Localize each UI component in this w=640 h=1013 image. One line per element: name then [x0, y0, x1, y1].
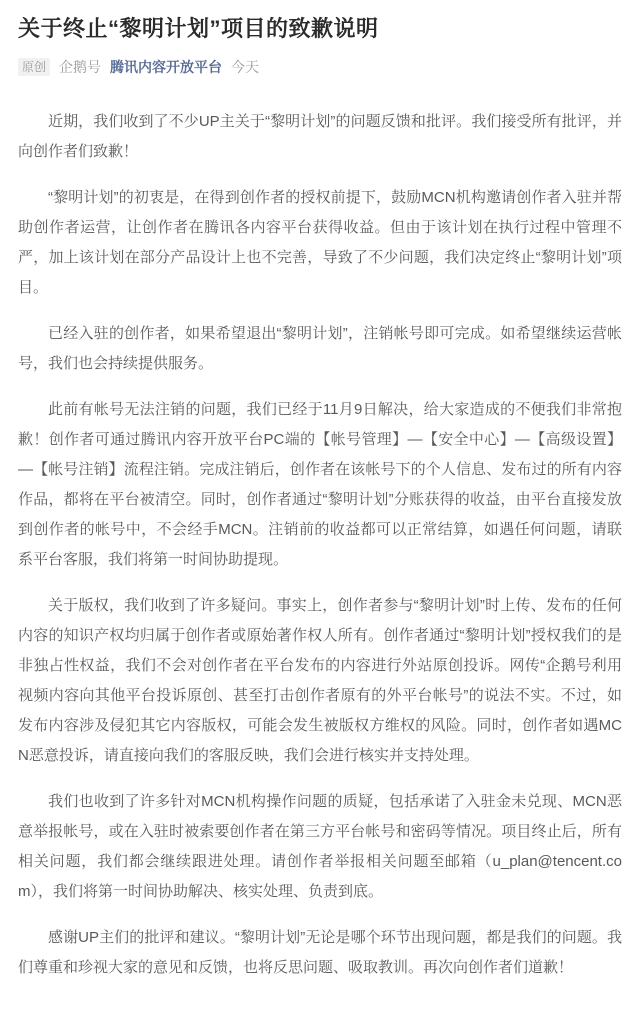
article-paragraph: “黎明计划”的初衷是，在得到创作者的授权前提下，鼓励MCN机构邀请创作者入驻并帮… — [18, 183, 622, 303]
article-page: 关于终止“黎明计划”项目的致歉说明 原创 企鹅号 腾讯内容开放平台 今天 近期，… — [0, 0, 640, 1013]
article-paragraph: 近期，我们收到了不少UP主关于“黎明计划”的问题反馈和批评。我们接受所有批评，并… — [18, 107, 622, 167]
publish-date: 今天 — [231, 57, 259, 77]
original-badge: 原创 — [18, 58, 50, 76]
account-name-link[interactable]: 腾讯内容开放平台 — [110, 57, 222, 77]
account-type-label: 企鹅号 — [59, 57, 101, 77]
article-paragraph: 此前有帐号无法注销的问题，我们已经于11月9日解决，给大家造成的不便我们非常抱歉… — [18, 395, 622, 575]
article-paragraph: 我们也收到了许多针对MCN机构操作问题的质疑，包括承诺了入驻金未兑现、MCN恶意… — [18, 787, 622, 907]
article-body: 近期，我们收到了不少UP主关于“黎明计划”的问题反馈和批评。我们接受所有批评，并… — [18, 107, 622, 983]
article-paragraph: 感谢UP主们的批评和建议。“黎明计划”无论是哪个环节出现问题，都是我们的问题。我… — [18, 923, 622, 983]
article-paragraph: 已经入驻的创作者，如果希望退出“黎明计划”，注销帐号即可完成。如希望继续运营帐号… — [18, 319, 622, 379]
article-paragraph: 关于版权，我们收到了许多疑问。事实上，创作者参与“黎明计划”时上传、发布的任何内… — [18, 591, 622, 771]
article-byline: 原创 企鹅号 腾讯内容开放平台 今天 — [18, 57, 622, 77]
article-title: 关于终止“黎明计划”项目的致歉说明 — [18, 14, 622, 45]
